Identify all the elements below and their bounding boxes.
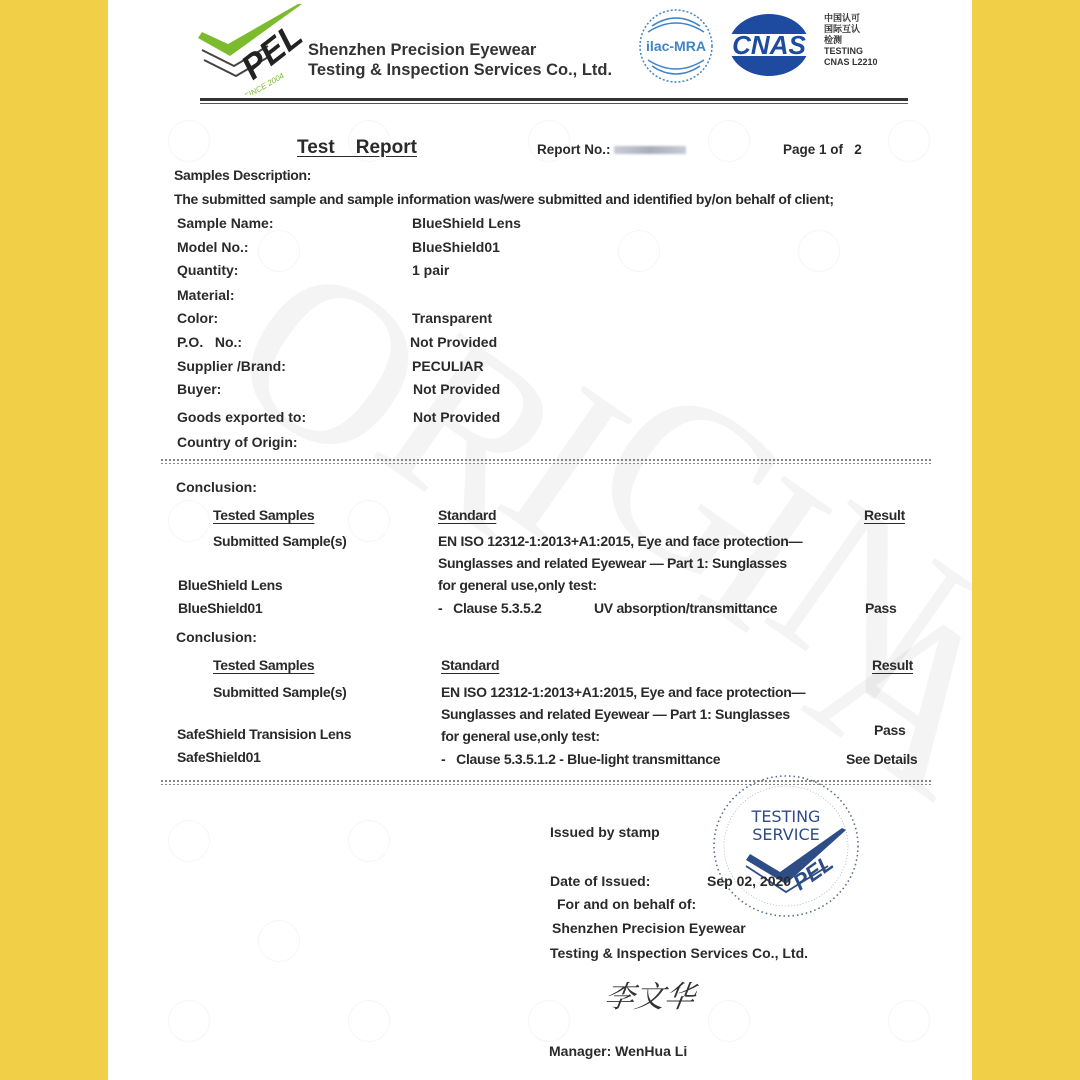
field-label: Supplier /Brand: — [177, 358, 286, 374]
ilac-mra-logo: ilac-MRA — [638, 8, 714, 84]
col-result: Result — [864, 507, 905, 523]
field-label: Color: — [177, 310, 218, 326]
header-rule — [200, 98, 908, 101]
date-of-issued-label: Date of Issued: — [550, 873, 650, 889]
standard-line: EN ISO 12312-1:2013+A1:2015, Eye and fac… — [441, 684, 805, 700]
field-label: Model No.: — [177, 239, 249, 255]
field-value: PECULIAR — [412, 358, 484, 374]
result-pass: Pass — [874, 722, 906, 738]
cnas-logo: CNAS — [726, 12, 812, 78]
field-label: Quantity: — [177, 262, 238, 278]
manager-name: Manager: WenHua Li — [549, 1043, 687, 1059]
svg-text:ilac-MRA: ilac-MRA — [646, 38, 706, 54]
report-number-redacted — [614, 146, 686, 154]
issued-by-stamp: Issued by stamp — [550, 824, 660, 840]
report-title: Test Report — [297, 137, 417, 159]
field-value: Not Provided — [413, 409, 500, 425]
report-number-label: Report No.: — [537, 142, 611, 157]
field-value: Transparent — [412, 310, 492, 326]
on-behalf-label: For and on behalf of: — [557, 896, 696, 912]
clause-description: UV absorption/transmittance — [594, 600, 777, 616]
svg-text:CNAS: CNAS — [732, 30, 806, 60]
field-value: Not Provided — [410, 334, 497, 350]
field-label: Country of Origin: — [177, 434, 298, 450]
samples-description-intro: The submitted sample and sample informat… — [174, 191, 834, 207]
field-value: Not Provided — [413, 381, 500, 397]
sample-model: BlueShield01 — [178, 600, 262, 616]
clause: - Clause 5.3.5.1.2 - Blue-light transmit… — [441, 751, 720, 767]
standard-line: EN ISO 12312-1:2013+A1:2015, Eye and fac… — [438, 533, 802, 549]
samples-description-heading: Samples Description: — [174, 167, 311, 183]
clause: - Clause 5.3.5.2 — [438, 600, 542, 616]
field-label: P.O. No.: — [177, 334, 242, 350]
col-tested-samples: Tested Samples — [213, 507, 314, 523]
issuer-company-line1: Shenzhen Precision Eyewear — [552, 920, 746, 936]
company-name: Shenzhen Precision Eyewear Testing & Ins… — [308, 40, 612, 80]
col-tested-samples: Tested Samples — [213, 657, 314, 673]
cnas-accreditation-text: 中国认可 国际互认 检测 TESTING CNAS L2210 — [824, 13, 878, 68]
separator-stars — [160, 458, 932, 464]
result-pass: Pass — [865, 600, 897, 616]
issuer-company-line2: Testing & Inspection Services Co., Ltd. — [550, 945, 808, 961]
svg-text:PEL: PEL — [788, 850, 837, 895]
field-value: 1 pair — [412, 262, 449, 278]
test-report-page: O R I G I N A PEL SINCE 2004 Shenzhen Pr… — [108, 0, 972, 1080]
testing-service-stamp: TESTING SERVICE PEL — [710, 772, 862, 920]
pel-logo: PEL SINCE 2004 — [198, 0, 303, 95]
manager-signature: 李文华 — [602, 972, 698, 1016]
svg-text:TESTING: TESTING — [751, 807, 821, 826]
submitted-samples: Submitted Sample(s) — [213, 533, 347, 549]
col-standard: Standard — [438, 507, 496, 523]
submitted-samples: Submitted Sample(s) — [213, 684, 347, 700]
field-label: Goods exported to: — [177, 409, 306, 425]
col-result: Result — [872, 657, 913, 673]
report-number: Report No.: — [537, 142, 686, 157]
standard-line: Sunglasses and related Eyewear — Part 1:… — [438, 555, 787, 571]
svg-text:SERVICE: SERVICE — [752, 825, 819, 844]
sample-model: SafeShield01 — [177, 749, 261, 765]
result-see-details: See Details — [846, 751, 917, 767]
header-rule-thin — [200, 103, 908, 104]
standard-line: for general use,only test: — [438, 577, 597, 593]
page-indicator: Page 1 of 2 — [783, 142, 862, 157]
field-label: Sample Name: — [177, 215, 273, 231]
col-standard: Standard — [441, 657, 499, 673]
date-of-issued-value: Sep 02, 2020 — [707, 873, 791, 889]
conclusion-heading: Conclusion: — [176, 479, 257, 495]
sample-name: BlueShield Lens — [178, 577, 282, 593]
conclusion-heading: Conclusion: — [176, 629, 257, 645]
standard-line: for general use,only test: — [441, 728, 600, 744]
sample-name: SafeShield Transision Lens — [177, 726, 351, 742]
standard-line: Sunglasses and related Eyewear — Part 1:… — [441, 706, 790, 722]
field-label: Material: — [177, 287, 235, 303]
field-label: Buyer: — [177, 381, 221, 397]
field-value: BlueShield01 — [412, 239, 500, 255]
field-value: BlueShield Lens — [412, 215, 521, 231]
